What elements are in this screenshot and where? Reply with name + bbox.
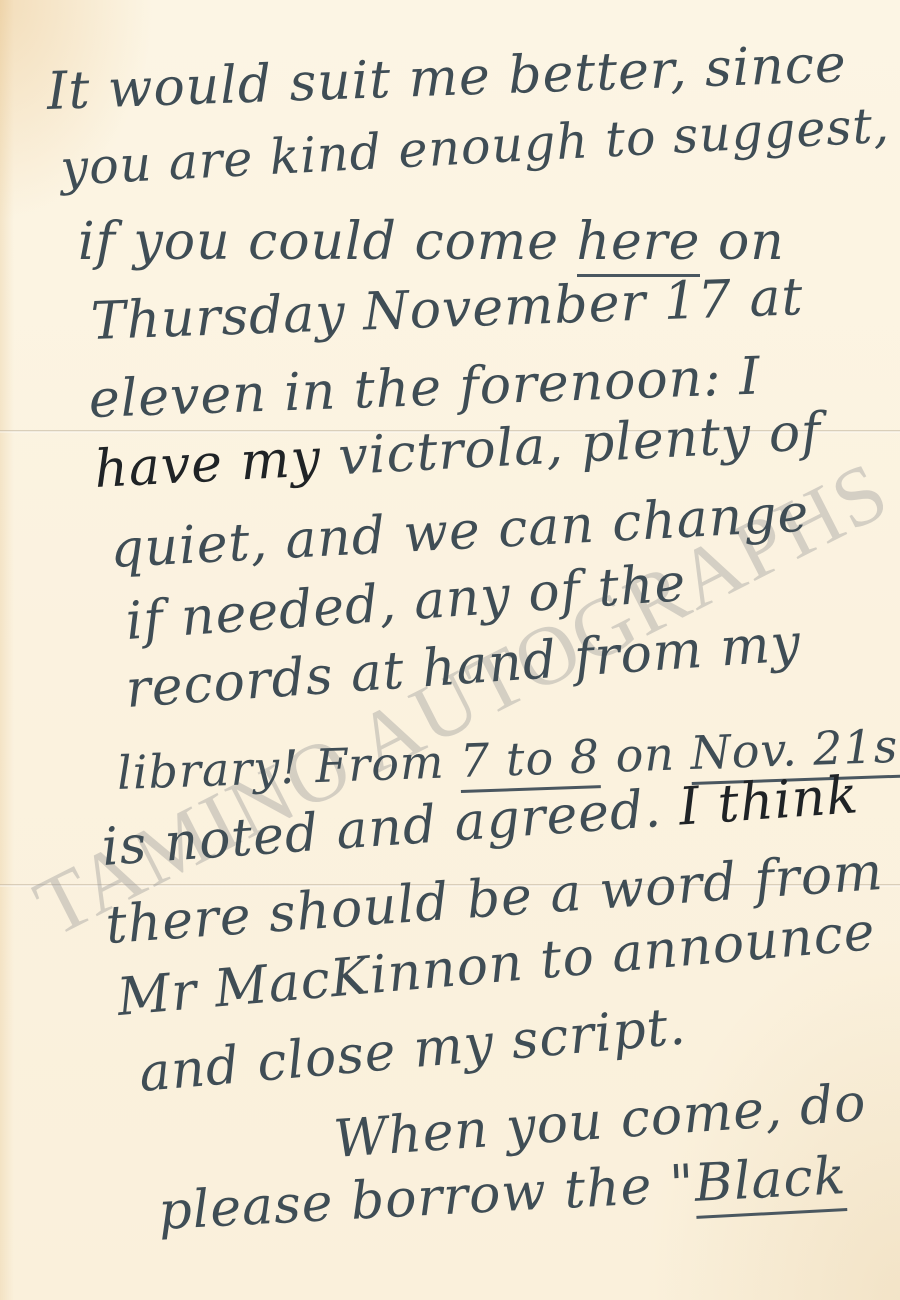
letter-line-16: please borrow the "Black [157, 1146, 848, 1242]
line-text: have my [93, 428, 323, 500]
line-text: I think [677, 765, 861, 837]
letter-line-4: Thursday November 17 at [90, 267, 804, 352]
letter-page: TAMINO AUTOGRAPHS It would suit me bette… [0, 0, 900, 1300]
line-text: on [599, 726, 691, 783]
underlined-word-here: here [577, 212, 701, 277]
line-text: library! From [116, 734, 461, 800]
underlined-word-black: Black [693, 1146, 848, 1219]
letter-line-3: if you could come here on [78, 212, 785, 272]
underlined-time: 7 to 8 [459, 729, 601, 793]
line-text: Thursday November 17 at [90, 267, 804, 352]
line-text: if you could come [78, 212, 577, 272]
line-text: please borrow the " [157, 1154, 696, 1242]
line-text: on [700, 212, 784, 272]
